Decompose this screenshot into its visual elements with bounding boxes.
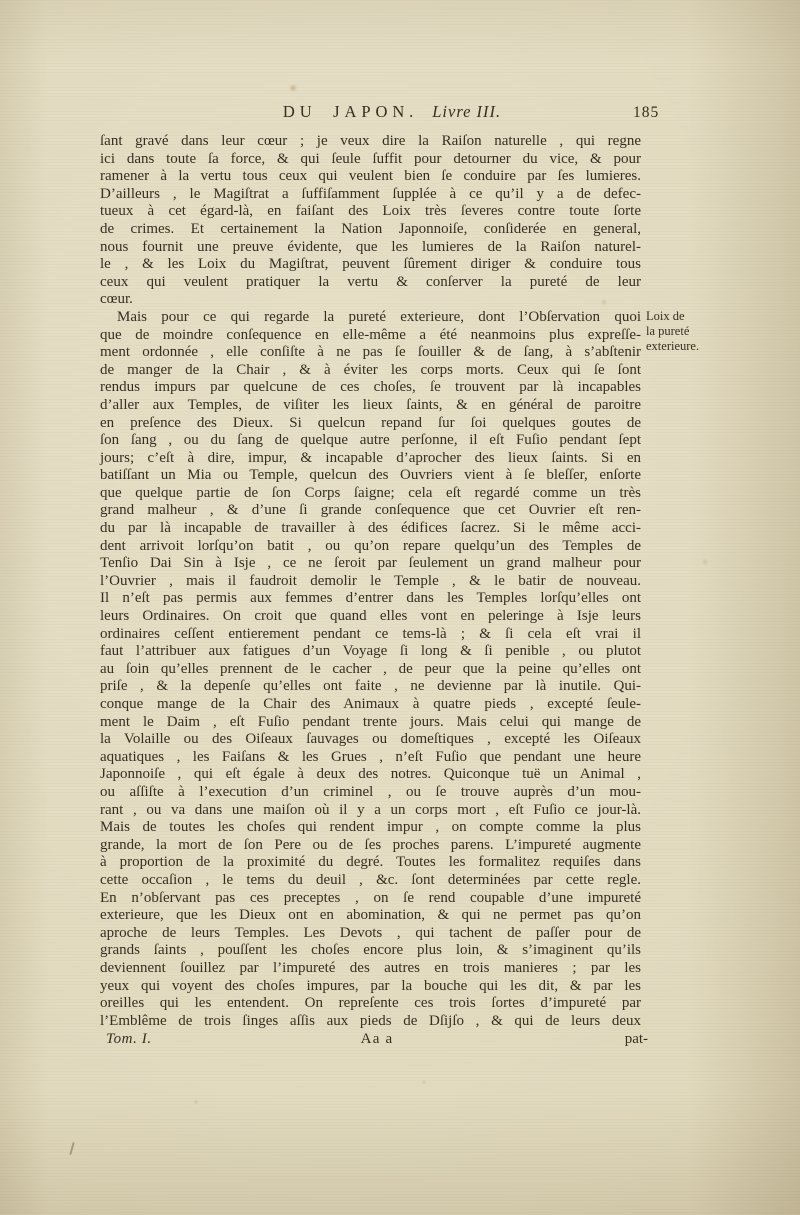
text-line: que de moindre conſequence en elle-même … — [100, 327, 641, 345]
text-line: rendus impurs par quelcune de ces choſes… — [100, 379, 641, 397]
paragraph: Mais pour ce qui regarde la pureté exter… — [100, 309, 641, 1030]
text-line: ſon ſang , ou du ſang de quelque autre p… — [100, 432, 641, 450]
text-line: du par là incapable de travailler à des … — [100, 520, 641, 538]
text-line: D’ailleurs , le Magiſtrat a ſuffiſamment… — [100, 186, 641, 204]
text-line: en preſence des Dieux. Si quelcun repand… — [100, 415, 641, 433]
text-line: ment le Daim , eſt Fuſio pendant trente … — [100, 714, 641, 732]
text-line: rant , ou va dans une maiſon où il y a u… — [100, 802, 641, 820]
text-line: cette occaſion , le tems du deuil , &c. … — [100, 872, 641, 890]
text-line: le , & les Loix du Magiſtrat, peuvent ſû… — [100, 256, 641, 274]
text-line: faut l’attribuer aux fatigues d’un Voyag… — [100, 643, 641, 661]
text-line: jours; c’eſt à dire, impur, & incapable … — [100, 450, 641, 468]
text-line: au ſoin qu’elles prennent de le cacher ,… — [100, 661, 641, 679]
text-line: priſe , & la depenſe qu’elles ont faite … — [100, 678, 641, 696]
text-line: dent arrivoit lorſqu’on batit , ou qu’on… — [100, 538, 641, 556]
text-line: exterieure. — [646, 339, 726, 354]
text-line: cœur. — [100, 291, 641, 309]
text-line: de crimes. Et certainement la Nation Jap… — [100, 221, 641, 239]
text-line: conque mange de la Chair des Animaux à q… — [100, 696, 641, 714]
text-line: ici dans toute ſa force, & qui ſeule ſuf… — [100, 151, 641, 169]
text-line: ordinaires ceſſent entierement pendant c… — [100, 626, 641, 644]
running-head-book: Livre III. — [432, 102, 501, 121]
footer-line: Tom. I. Aa a pat- — [100, 1031, 648, 1048]
text-line: ceux qui veulent pratiquer la vertu & co… — [100, 274, 641, 292]
text-line: ſant gravé dans leur cœur ; je veux dire… — [100, 133, 641, 151]
text-line: grande, la mort de ſon Pere ou de ſes pr… — [100, 837, 641, 855]
text-line: l’Emblême de trois ſinges aſſis aux pied… — [100, 1013, 641, 1031]
text-line: nous fournit une preuve évidente, que le… — [100, 239, 641, 257]
text-line: ou aſſiſte à l’execution d’un criminel ,… — [100, 784, 641, 802]
text-line: ramener à la vertu tous ceux qui veulent… — [100, 168, 641, 186]
running-head-title: DU JAPON. — [283, 102, 418, 121]
text-line: grands ſaints , pouſſent les choſes enco… — [100, 942, 641, 960]
text-line: aproche de leurs Temples. Les Devots , q… — [100, 925, 641, 943]
text-line: Mais de toutes les choſes qui rendent im… — [100, 819, 641, 837]
text-line: leurs Ordinaires. On croit que quand ell… — [100, 608, 641, 626]
text-line: deviennent ſouillez par l’impureté des a… — [100, 960, 641, 978]
text-line: yeux qui voyent des choſes impures, par … — [100, 978, 641, 996]
text-line: d’aller aux Temples, de viſiter les lieu… — [100, 397, 641, 415]
tome-label: Tom. I. — [100, 1031, 287, 1048]
text-line: Japonnoiſe , qui eſt égale à deux des no… — [100, 766, 641, 784]
text-line: l’Ouvrier , mais il faudroit demolir le … — [100, 573, 641, 591]
text-line: ment ordonnée , elle conſiſte à ne pas ſ… — [100, 344, 641, 362]
text-line: batiſſant un Mia ou Temple, quelcun des … — [100, 467, 641, 485]
page-number: 185 — [633, 104, 659, 122]
text-line: à proportion de la proximité du degré. T… — [100, 854, 641, 872]
running-head: DU JAPON.Livre III. — [122, 102, 662, 122]
margin-note: Loix dela puretéexterieure. — [646, 309, 726, 353]
signature-mark: Aa a — [287, 1031, 468, 1048]
paper-stray-mark — [69, 1142, 74, 1155]
text-line: aquatiques , les Faiſans & les Grues , n… — [100, 749, 641, 767]
text-line: la pureté — [646, 324, 726, 339]
text-line: Mais pour ce qui regarde la pureté exter… — [100, 309, 641, 327]
text-line: Tenſio Dai Sin à Isje , ce ne ſeroit par… — [100, 555, 641, 573]
text-line: exterieure, que les Dieux ont en abomina… — [100, 907, 641, 925]
text-line: la Volaille ou des Oiſeaux ſauvages ou d… — [100, 731, 641, 749]
text-line: de manger de la Chair , & à éviter les c… — [100, 362, 641, 380]
text-line: En n’obſervant pas ces preceptes , on ſe… — [100, 890, 641, 908]
text-line: tueux à cet égard-là, en faiſant des Loi… — [100, 203, 641, 221]
text-line: oreilles qui les entendent. On repreſent… — [100, 995, 641, 1013]
paragraph: ſant gravé dans leur cœur ; je veux dire… — [100, 133, 641, 309]
text-line: Loix de — [646, 309, 726, 324]
text-line: que quelque partie de ſon Corps ſaigne; … — [100, 485, 641, 503]
body-text: ſant gravé dans leur cœur ; je veux dire… — [100, 133, 641, 1030]
book-page-scan: DU JAPON.Livre III. 185 ſant gravé dans … — [0, 0, 800, 1215]
text-line: Il n’eſt pas permis aux femmes d’entrer … — [100, 590, 641, 608]
catchword: pat- — [467, 1031, 648, 1048]
text-line: grand malheur , & d’une ſi grande conſeq… — [100, 502, 641, 520]
